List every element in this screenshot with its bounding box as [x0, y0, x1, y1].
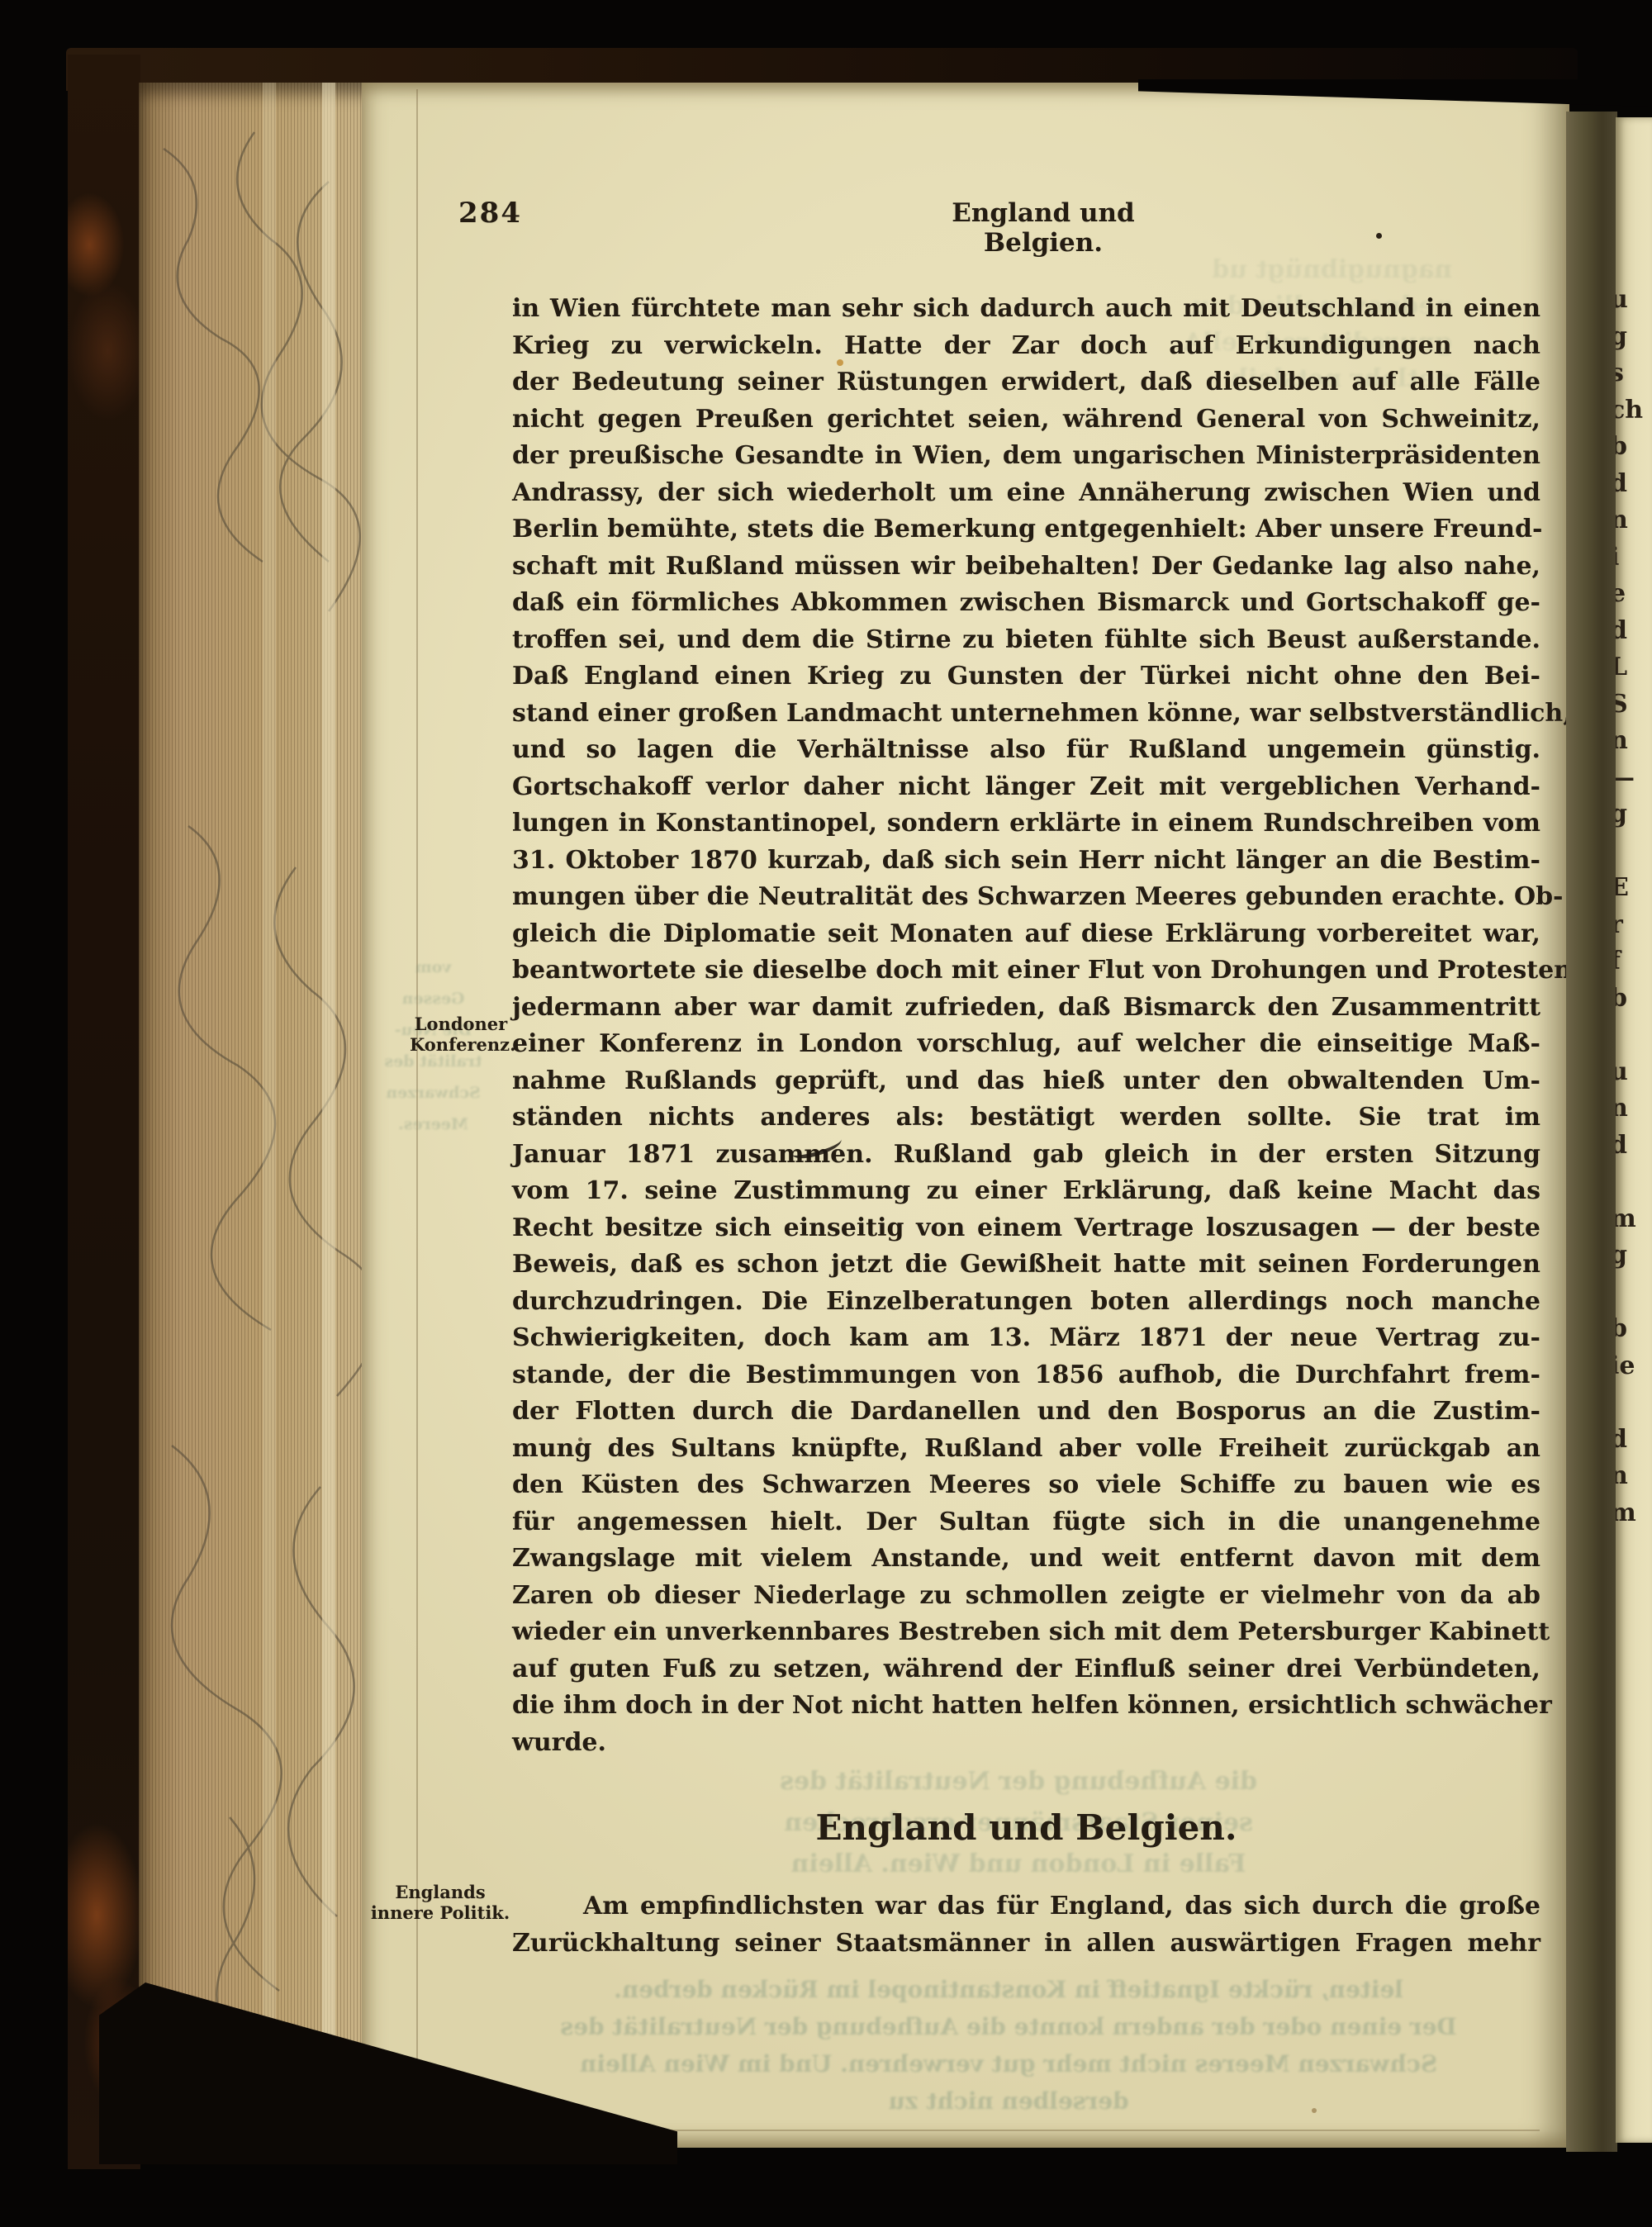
text-line: troffen sei, und dem die Stirne zu biete…: [512, 622, 1540, 659]
margin-note-londoner-konferenz: Londoner Konferenz.: [410, 1014, 512, 1055]
facing-page-sliver: ugschbdniedLSn—gErfbundmgbiednm: [1616, 117, 1652, 2143]
text-line: Beweis, daß es schon jetzt die Gewißheit…: [512, 1246, 1540, 1284]
text-line: wieder ein unverkennbares Bestreben sich…: [512, 1614, 1540, 1651]
text-line: Daß England einen Krieg zu Gunsten der T…: [512, 658, 1540, 696]
fore-edge-marbling-icon: [139, 83, 377, 2144]
second-section-paragraph: Am empfindlichsten war das für England, …: [512, 1887, 1540, 1962]
under-page-edge-line: [416, 89, 418, 2139]
text-line: der Bedeutung seiner Rüstungen erwidert,…: [512, 364, 1540, 401]
text-line: die ihm doch in der Not nicht hatten hel…: [512, 1688, 1540, 1725]
text-line: für angemessen hielt. Der Sultan fügte s…: [512, 1504, 1540, 1541]
text-line: Zaren ob dieser Niederlage zu schmollen …: [512, 1578, 1540, 1615]
text-line: nicht gegen Preußen gerichtet seien, wäh…: [512, 401, 1540, 439]
text-line: mungen über die Neutralität des Schwarze…: [512, 879, 1540, 916]
text-line: durchzudringen. Die Einzelberatungen bot…: [512, 1284, 1540, 1321]
section-heading: England und Belgien.: [512, 1807, 1540, 1848]
book-cover-spine: [68, 55, 140, 2169]
text-line: Schwierigkeiten, doch kam am 13. März 18…: [512, 1320, 1540, 1357]
text-line: Berlin bemühte, stets die Bemerkung entg…: [512, 511, 1540, 548]
text-line: in Wien fürchtete man sehr sich dadurch …: [512, 291, 1540, 328]
margin-note-line: innere Politik.: [368, 1902, 512, 1923]
text-line: Am empfindlichsten war das für England, …: [512, 1887, 1540, 1925]
foxing-spot: [1312, 2108, 1317, 2113]
text-line: Zurückhaltung seiner Staatsmänner in all…: [512, 1925, 1540, 1962]
fore-edge-light-band: [322, 83, 335, 2144]
body-text: in Wien fürchtete man sehr sich dadurch …: [512, 291, 1540, 1761]
text-line: Recht besitze sich einseitig von einem V…: [512, 1210, 1540, 1247]
page-number: 284: [458, 197, 522, 230]
foxing-spot: [1376, 233, 1382, 239]
foxing-spot: [837, 359, 843, 366]
text-line: nahme Rußlands geprüft, und das hieß unt…: [512, 1063, 1540, 1100]
foxing-spot: [578, 1437, 582, 1441]
text-line: stand einer großen Landmacht unternehmen…: [512, 696, 1540, 733]
text-line: der preußische Gesandte in Wien, dem ung…: [512, 438, 1540, 475]
text-line: wurde.: [512, 1725, 1540, 1762]
page-fore-edge-stack: [139, 83, 377, 2144]
text-line: den Küsten des Schwarzen Meeres so viele…: [512, 1467, 1540, 1504]
text-line: der Flotten durch die Dardanellen und de…: [512, 1394, 1540, 1431]
text-line: Januar 1871 zusammen. Rußland gab gleich…: [512, 1137, 1540, 1174]
photo-background: nagnugibnügt ud nednow nelliw dnu gnured…: [0, 0, 1652, 2227]
text-line: mung des Sultans knüpfte, Rußland aber v…: [512, 1431, 1540, 1468]
text-line: schaft mit Rußland müssen wir beibehalte…: [512, 548, 1540, 586]
page-gutter-shadow: [1566, 112, 1617, 2152]
book-page: nagnugibnügt ud nednow nelliw dnu gnured…: [362, 83, 1569, 2148]
text-line: beantwortete sie dieselbe doch mit einer…: [512, 952, 1540, 990]
text-line: daß ein förmliches Abkommen zwischen Bis…: [512, 585, 1540, 622]
margin-note-line: Englands: [368, 1882, 512, 1902]
text-line: 31. Oktober 1870 kurzab, daß sich sein H…: [512, 843, 1540, 880]
text-line: jedermann aber war damit zufrieden, daß …: [512, 990, 1540, 1027]
margin-note-englands-innere-politik: Englands innere Politik.: [368, 1882, 512, 1923]
text-line: einer Konferenz in London vorschlug, auf…: [512, 1026, 1540, 1063]
bleedthrough-text: leiten, rückte Ignatieff in Konstantinop…: [459, 1971, 1558, 2120]
text-line: Gortschakoff verlor daher nicht länger Z…: [512, 769, 1540, 806]
text-line: Krieg zu verwickeln. Hatte der Zar doch …: [512, 328, 1540, 365]
text-line: und so lagen die Verhältnisse also für R…: [512, 732, 1540, 769]
text-line: stande, der die Bestimmungen von 1856 au…: [512, 1357, 1540, 1394]
text-line: gleich die Diplomatie seit Monaten auf d…: [512, 916, 1540, 953]
text-line: lungen in Konstantinopel, sondern erklär…: [512, 805, 1540, 843]
running-header: England und Belgien.: [899, 198, 1188, 258]
text-line: auf guten Fuß zu setzen, während der Ein…: [512, 1651, 1540, 1688]
text-line: ständen nichts anderes als: bestätigt we…: [512, 1099, 1540, 1137]
facing-page-cut-letters: ugschbdniedLSn—gErfbundmgbiednm: [1616, 208, 1652, 1642]
fore-edge-light-band: [263, 83, 276, 2144]
text-line: vom 17. seine Zustimmung zu einer Erklär…: [512, 1173, 1540, 1210]
text-line: Andrassy, der sich wiederholt um eine An…: [512, 475, 1540, 512]
text-line: Zwangslage mit vielem Anstande, und weit…: [512, 1541, 1540, 1578]
margin-note-line: Londoner: [410, 1014, 512, 1034]
margin-note-line: Konferenz.: [410, 1034, 512, 1055]
